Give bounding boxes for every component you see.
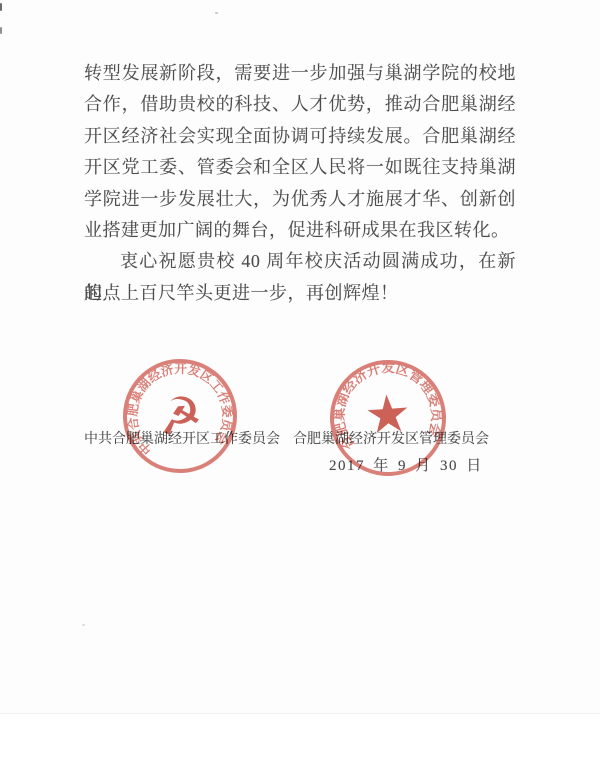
letter-body: 转型发展新阶段，需要进一步加强与巢湖学院的校地 合作，借助贵校的科技、人才优势，… — [84, 58, 516, 309]
scan-edge-mark — [0, 27, 2, 34]
body-line: 开区党工委、管委会和全区人民将一如既往支持巢湖 — [84, 152, 516, 183]
body-line: 学院进一步发展壮大，为优秀人才施展才华、创新创 — [84, 184, 516, 215]
body-line: 衷心祝愿贵校 40 周年校庆活动圆满成功，在新的 — [84, 246, 516, 277]
body-line: 开区经济社会实现全面协调可持续发展。合肥巢湖经 — [84, 121, 516, 152]
official-seal-management-committee: 合肥巢湖经济开发区管理委员会 ★ — [327, 357, 449, 479]
hammer-and-sickle-icon: ☭ — [154, 384, 206, 448]
body-line: 起点上百尺竿头更进一步，再创辉煌！ — [84, 278, 516, 309]
scan-speck — [215, 12, 218, 14]
scan-edge-mark — [0, 3, 2, 11]
scan-speck — [82, 624, 85, 626]
scan-bottom-margin — [0, 714, 600, 776]
body-line: 转型发展新阶段，需要进一步加强与巢湖学院的校地 — [84, 58, 516, 89]
star-icon: ★ — [362, 383, 413, 446]
official-seal-party-committee: 中共合肥巢湖经济开发区工作委员会 ☭ — [118, 354, 242, 478]
body-line: 合作，借助贵校的科技、人才优势，推动合肥巢湖经 — [84, 89, 516, 120]
scanned-letter-page: 转型发展新阶段，需要进一步加强与巢湖学院的校地 合作，借助贵校的科技、人才优势，… — [0, 0, 600, 776]
body-line: 业搭建更加广阔的舞台，促进科研成果在我区转化。 — [84, 215, 516, 246]
